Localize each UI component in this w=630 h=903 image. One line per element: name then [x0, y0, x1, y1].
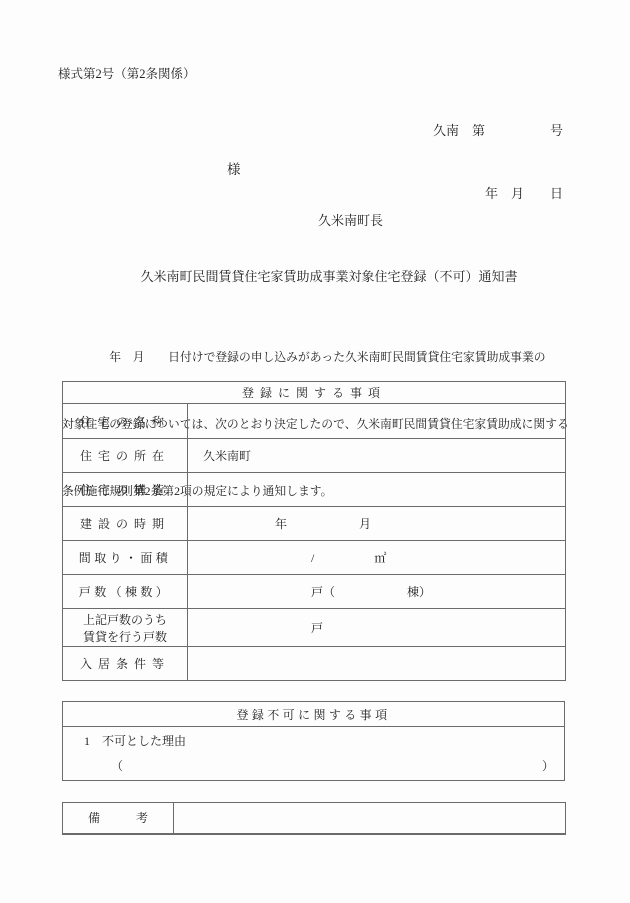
table-row: 建設の時期 年 月 — [63, 507, 566, 541]
row-label-housing-name: 住宅の名称 — [63, 404, 188, 439]
table-row: 入居条件等 — [63, 647, 566, 681]
paren-close: ） — [542, 757, 554, 774]
document-number-line: 久南 第 号 — [433, 120, 563, 141]
paren-open: （ — [111, 757, 123, 774]
body-line: 年 月 日付けで登録の申し込みがあった久米南町民間賃貸住宅家賃助成事業の — [62, 346, 569, 368]
rejection-table-title: 登録不可に関する事項 — [63, 702, 565, 727]
field-housing-structure[interactable] — [188, 473, 566, 507]
notice-document-page: { "page": { "form_number": "様式第2号（第2条関係）… — [0, 0, 630, 903]
field-construction-date[interactable]: 年 月 — [188, 507, 566, 541]
field-housing-name[interactable] — [188, 404, 566, 439]
table-header-row: 登録不可に関する事項 — [63, 702, 565, 727]
rejection-table: 登録不可に関する事項 1 不可とした理由 （ ） — [62, 701, 565, 781]
field-rental-unit-count[interactable]: 戸 — [188, 609, 566, 647]
rejection-reason-label: 1 不可とした理由 — [63, 732, 564, 749]
row-label-housing-location: 住宅の所在 — [63, 439, 188, 473]
registration-table-title: 登録に関する事項 — [63, 382, 566, 404]
field-housing-location[interactable]: 久米南町 — [188, 439, 566, 473]
row-label-unit-count: 戸数（棟数） — [63, 575, 188, 609]
remarks-label: 備 考 — [63, 803, 174, 834]
table-header-row: 登録に関する事項 — [63, 382, 566, 404]
table-row: 1 不可とした理由 （ ） — [63, 727, 565, 781]
field-remarks[interactable] — [174, 803, 566, 834]
row-label-housing-structure: 住宅の構造 — [63, 473, 188, 507]
table-row: 住宅の構造 — [63, 473, 566, 507]
row-label-rental-unit-count: 上記戸数のうち 賃貸を行う戸数 — [63, 609, 188, 647]
date-line: 年 月 日 — [433, 183, 563, 204]
document-title: 久米南町民間賃貸住宅家賃助成事業対象住宅登録（不可）通知書 — [0, 266, 630, 285]
sender-title: 久米南町長 — [318, 210, 383, 229]
field-layout-area[interactable]: / ㎡ — [188, 541, 566, 575]
table-row: 備 考 — [63, 803, 566, 834]
recipient-honorific: 様 — [227, 158, 241, 178]
table-row: 戸数（棟数） 戸（ 棟） — [63, 575, 566, 609]
row-label-layout-area: 間取り・面積 — [63, 541, 188, 575]
table-row: 間取り・面積 / ㎡ — [63, 541, 566, 575]
registration-table: 登録に関する事項 住宅の名称 住宅の所在 久米南町 住宅の構造 建設の時期 年 … — [62, 381, 566, 681]
row-label-construction-date: 建設の時期 — [63, 507, 188, 541]
field-occupancy-conditions[interactable] — [188, 647, 566, 681]
rejection-reason-field[interactable]: （ ） — [63, 749, 564, 774]
remarks-table: 備 考 — [62, 802, 566, 835]
table-row: 上記戸数のうち 賃貸を行う戸数 戸 — [63, 609, 566, 647]
form-number: 様式第2号（第2条関係） — [58, 64, 196, 82]
field-unit-count[interactable]: 戸（ 棟） — [188, 575, 566, 609]
document-number-block: 久南 第 号 年 月 日 — [433, 78, 563, 225]
rejection-reason-cell[interactable]: 1 不可とした理由 （ ） — [63, 727, 565, 781]
row-label-occupancy-conditions: 入居条件等 — [63, 647, 188, 681]
table-row: 住宅の名称 — [63, 404, 566, 439]
table-row: 住宅の所在 久米南町 — [63, 439, 566, 473]
